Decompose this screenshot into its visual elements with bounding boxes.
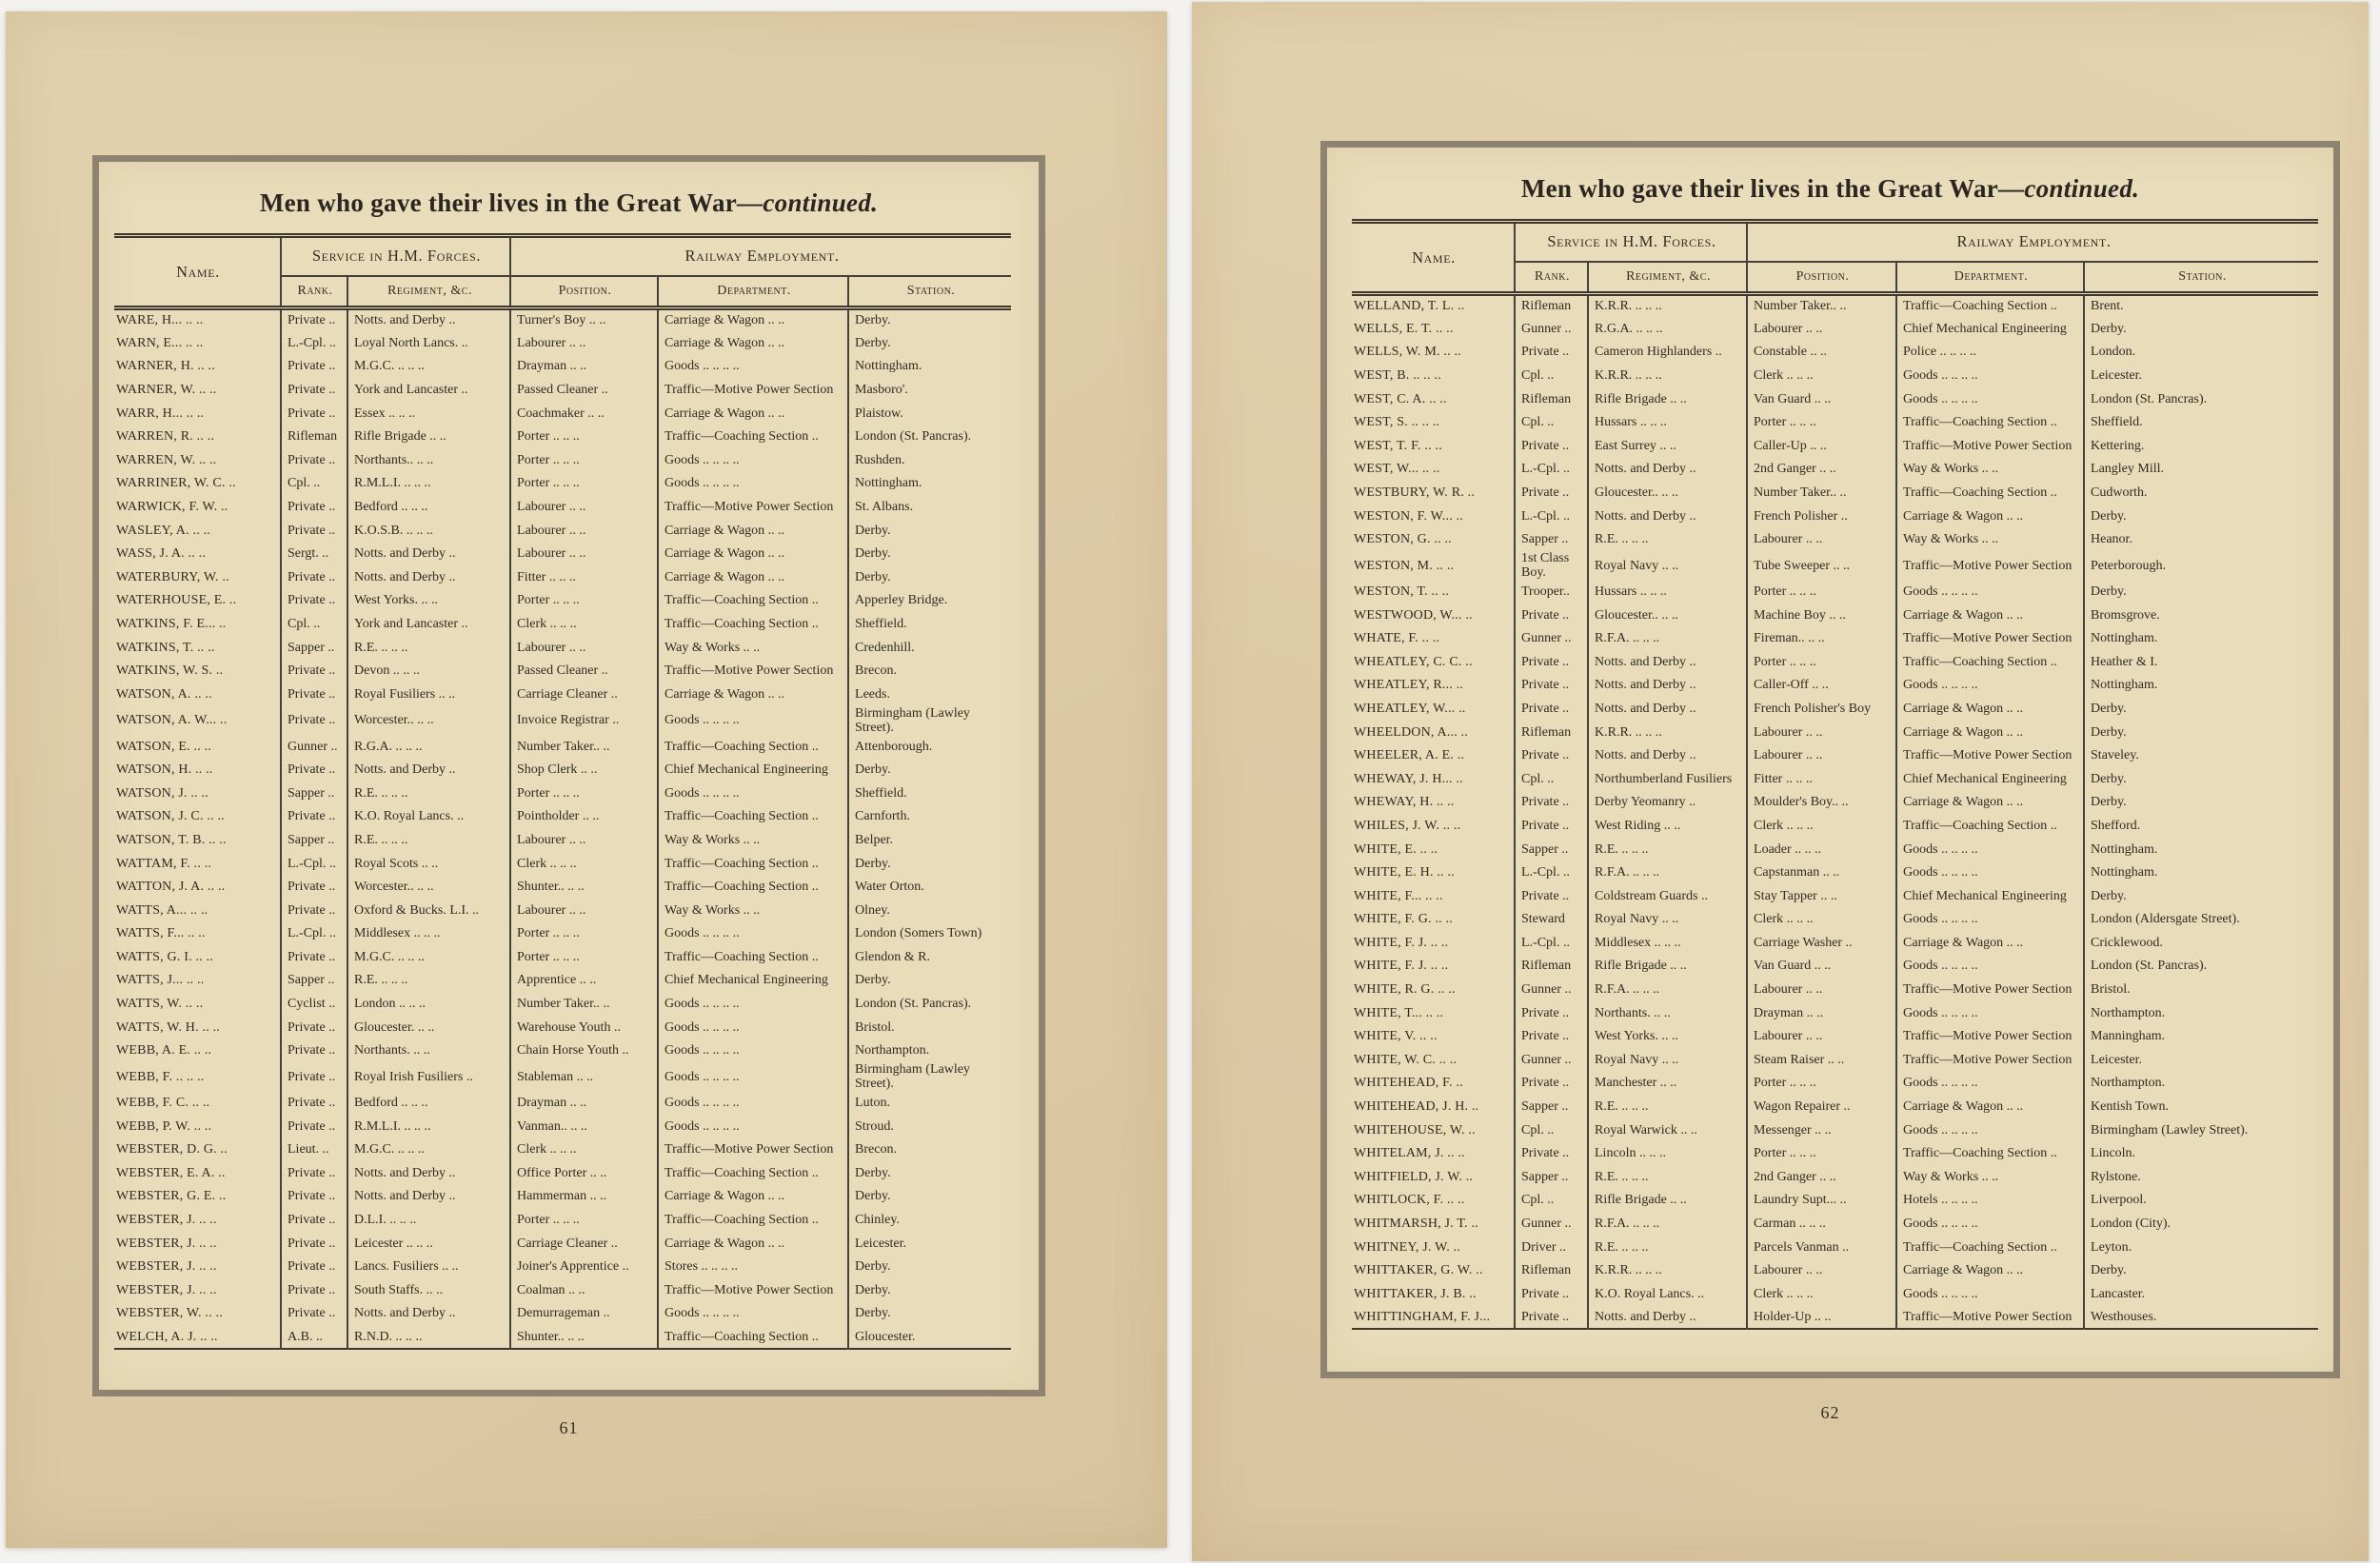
station-cell: Cricklewood. xyxy=(2084,931,2318,955)
regiment-cell: South Staffs. .. .. xyxy=(347,1278,510,1302)
regiment-cell: R.E. .. .. .. xyxy=(347,969,510,993)
table-row: WHITE, F. J. .. ..RiflemanRifle Brigade … xyxy=(1352,955,2318,979)
name-cell: WHEWAY, H. .. .. xyxy=(1352,791,1515,815)
regiment-cell: Rifle Brigade .. .. xyxy=(1588,1189,1747,1213)
page-title-text: Men who gave their lives in the Great Wa… xyxy=(260,188,737,217)
regiment-cell: West Yorks. .. .. xyxy=(1588,1025,1747,1049)
regiment-cell: Bedford .. .. .. xyxy=(347,1091,510,1115)
regiment-cell: Notts. and Derby .. xyxy=(347,565,510,589)
table-row: WHEELER, A. E. ..Private ..Notts. and De… xyxy=(1352,743,2318,767)
table-row: WEBSTER, G. E. ..Private ..Notts. and De… xyxy=(114,1185,1011,1209)
name-cell: WATERHOUSE, E. .. xyxy=(114,589,281,613)
station-cell: London (Somers Town) xyxy=(848,922,1011,946)
department-cell: Carriage & Wagon .. .. xyxy=(1896,931,2084,955)
position-cell: Clerk .. .. .. xyxy=(510,612,658,636)
column-header-station: Station. xyxy=(848,276,1011,308)
station-cell: Derby. xyxy=(848,308,1011,332)
position-cell: Porter .. .. .. xyxy=(510,1208,658,1232)
regiment-cell: York and Lancaster .. xyxy=(347,612,510,636)
table-row: WATSON, J. .. ..Sapper ..R.E. .. .. ..Po… xyxy=(114,781,1011,805)
regiment-cell: Royal Warwick .. .. xyxy=(1588,1118,1747,1142)
department-cell: Goods .. .. .. .. xyxy=(658,1115,848,1138)
position-cell: Carriage Washer .. xyxy=(1747,931,1896,955)
regiment-cell: R.G.A. .. .. .. xyxy=(1588,317,1747,341)
regiment-cell: K.O. Royal Lancs. .. xyxy=(347,805,510,829)
department-cell: Police .. .. .. .. xyxy=(1896,341,2084,365)
name-cell: WATSON, J. .. .. xyxy=(114,781,281,805)
station-cell: Derby. xyxy=(848,565,1011,589)
table-body: WELLAND, T. L. ..RiflemanK.R.R. .. .. ..… xyxy=(1352,294,2318,1330)
rank-cell: Sapper .. xyxy=(1515,838,1588,861)
position-cell: Caller-Up .. .. xyxy=(1747,434,1896,458)
department-cell: Traffic—Coaching Section .. xyxy=(658,852,848,876)
regiment-cell: Northants. .. .. xyxy=(347,1039,510,1063)
position-cell: Porter .. .. .. xyxy=(1747,1072,1896,1096)
name-cell: WATSON, H. .. .. xyxy=(114,758,281,781)
department-cell: Traffic—Coaching Section .. xyxy=(658,1161,848,1185)
regiment-cell: Royal Navy .. .. xyxy=(1588,1048,1747,1072)
regiment-cell: Gloucester.. .. .. xyxy=(1588,481,1747,505)
position-cell: Tube Sweeper .. .. xyxy=(1747,551,1896,580)
table-row: WATTS, A... .. ..Private ..Oxford & Buck… xyxy=(114,899,1011,922)
station-cell: Derby. xyxy=(848,1185,1011,1209)
position-cell: Labourer .. .. xyxy=(510,331,658,355)
department-cell: Hotels .. .. .. .. xyxy=(1896,1189,2084,1213)
position-cell: Number Taker.. .. xyxy=(510,735,658,759)
table-row: WHITE, R. G. .. ..Gunner ..R.F.A. .. .. … xyxy=(1352,978,2318,1001)
rank-cell: Cpl. .. xyxy=(281,612,347,636)
position-cell: Porter .. .. .. xyxy=(1747,580,1896,603)
station-cell: Belper. xyxy=(848,828,1011,852)
regiment-cell: K.O. Royal Lancs. .. xyxy=(1588,1282,1747,1306)
department-cell: Goods .. .. .. .. xyxy=(1896,1118,2084,1142)
position-cell: Clerk .. .. .. xyxy=(510,852,658,876)
table-row: WESTON, F. W... ..L.-Cpl. ..Notts. and D… xyxy=(1352,505,2318,528)
book-page-right: Men who gave their lives in the Great Wa… xyxy=(1192,2,2369,1561)
position-cell: Parcels Vanman .. xyxy=(1747,1236,1896,1259)
table-row: WHITEHEAD, J. H. ..Sapper ..R.E. .. .. .… xyxy=(1352,1095,2318,1118)
station-cell: Lancaster. xyxy=(2084,1282,2318,1306)
station-cell: Nottingham. xyxy=(2084,626,2318,650)
regiment-cell: Loyal North Lancs. .. xyxy=(347,331,510,355)
position-cell: Labourer .. .. xyxy=(510,542,658,565)
regiment-cell: K.R.R. .. .. .. xyxy=(1588,364,1747,387)
department-cell: Way & Works .. .. xyxy=(658,899,848,922)
station-cell: Sheffield. xyxy=(848,612,1011,636)
regiment-cell: R.E. .. .. .. xyxy=(1588,838,1747,861)
department-cell: Goods .. .. .. .. xyxy=(658,1062,848,1091)
table-row: WASLEY, A. .. ..Private ..K.O.S.B. .. ..… xyxy=(114,519,1011,543)
table-row: WATKINS, F. E... ..Cpl. ..York and Lanca… xyxy=(114,612,1011,636)
column-header-position: Position. xyxy=(1747,262,1896,294)
station-cell: London (Aldersgate Street). xyxy=(2084,908,2318,932)
name-cell: WEBB, P. W. .. .. xyxy=(114,1115,281,1138)
station-cell: Leicester. xyxy=(2084,1048,2318,1072)
rank-cell: L.-Cpl. .. xyxy=(1515,505,1588,528)
station-cell: Derby. xyxy=(2084,884,2318,908)
name-cell: WHITEHEAD, J. H. .. xyxy=(1352,1095,1515,1118)
department-cell: Traffic—Motive Power Section xyxy=(1896,743,2084,767)
table-row: WHITE, E. .. ..Sapper ..R.E. .. .. ..Loa… xyxy=(1352,838,2318,861)
position-cell: Labourer .. .. xyxy=(1747,743,1896,767)
rank-cell: L.-Cpl. .. xyxy=(1515,861,1588,884)
regiment-cell: Hussars .. .. .. xyxy=(1588,410,1747,434)
name-cell: WHITFIELD, J. W. .. xyxy=(1352,1165,1515,1189)
regiment-cell: Notts. and Derby .. xyxy=(1588,458,1747,482)
name-cell: WELCH, A. J. .. .. xyxy=(114,1325,281,1349)
department-cell: Traffic—Motive Power Section xyxy=(658,495,848,519)
table-row: WHITLOCK, F. .. ..Cpl. ..Rifle Brigade .… xyxy=(1352,1189,2318,1213)
department-cell: Traffic—Motive Power Section xyxy=(1896,626,2084,650)
department-cell: Traffic—Coaching Section .. xyxy=(1896,294,2084,318)
rank-cell: L.-Cpl. .. xyxy=(281,852,347,876)
name-cell: WEBB, F. .. .. .. xyxy=(114,1062,281,1091)
regiment-cell: Notts. and Derby .. xyxy=(347,1161,510,1185)
department-cell: Goods .. .. .. .. xyxy=(1896,580,2084,603)
name-cell: WESTON, M. .. .. xyxy=(1352,551,1515,580)
name-cell: WHITE, F. G. .. .. xyxy=(1352,908,1515,932)
department-cell: Goods .. .. .. .. xyxy=(1896,1001,2084,1025)
regiment-cell: R.E. .. .. .. xyxy=(347,636,510,660)
station-cell: Liverpool. xyxy=(2084,1189,2318,1213)
rank-cell: Gunner .. xyxy=(1515,978,1588,1001)
station-cell: Glendon & R. xyxy=(848,945,1011,969)
position-cell: Laundry Supt... .. xyxy=(1747,1189,1896,1213)
department-cell: Goods .. .. .. .. xyxy=(1896,364,2084,387)
name-cell: WARN, E... .. .. xyxy=(114,331,281,355)
table-row: WHITE, W. C. .. ..Gunner ..Royal Navy ..… xyxy=(1352,1048,2318,1072)
table-row: WEST, C. A. .. ..RiflemanRifle Brigade .… xyxy=(1352,387,2318,411)
station-cell: Brent. xyxy=(2084,294,2318,318)
station-cell: Stroud. xyxy=(848,1115,1011,1138)
name-cell: WELLS, W. M. .. .. xyxy=(1352,341,1515,365)
regiment-cell: Derby Yeomanry .. xyxy=(1588,791,1747,815)
page-title: Men who gave their lives in the Great Wa… xyxy=(1327,174,2333,204)
position-cell: Fitter .. .. .. xyxy=(1747,767,1896,791)
table-row: WELCH, A. J. .. ..A.B. ..R.N.D. .. .. ..… xyxy=(114,1325,1011,1349)
rank-cell: Gunner .. xyxy=(1515,626,1588,650)
regiment-cell: Worcester.. .. .. xyxy=(347,706,510,735)
station-cell: Manningham. xyxy=(2084,1025,2318,1049)
table-row: WEBSTER, W. .. ..Private ..Notts. and De… xyxy=(114,1302,1011,1326)
rank-cell: Private .. xyxy=(1515,650,1588,674)
rank-cell: Private .. xyxy=(281,1039,347,1063)
department-cell: Carriage & Wagon .. .. xyxy=(658,402,848,425)
rank-cell: Sapper .. xyxy=(281,969,347,993)
regiment-cell: Royal Navy .. .. xyxy=(1588,551,1747,580)
column-header-regiment: Regiment, &c. xyxy=(1588,262,1747,294)
regiment-cell: Rifle Brigade .. .. xyxy=(347,425,510,448)
name-cell: WHITE, W. C. .. .. xyxy=(1352,1048,1515,1072)
table-row: WHILES, J. W. .. ..Private ..West Riding… xyxy=(1352,814,2318,838)
rank-cell: Cpl. .. xyxy=(1515,1118,1588,1142)
station-cell: Kettering. xyxy=(2084,434,2318,458)
name-cell: WARE, H... .. .. xyxy=(114,308,281,332)
rank-cell: Sapper .. xyxy=(281,781,347,805)
department-cell: Goods .. .. .. .. xyxy=(1896,955,2084,979)
rank-cell: Sapper .. xyxy=(1515,1095,1588,1118)
table-row: WEST, T. F. .. ..Private ..East Surrey .… xyxy=(1352,434,2318,458)
table-row: WEBSTER, D. G. ..Lieut. ..M.G.C. .. .. .… xyxy=(114,1138,1011,1162)
department-cell: Traffic—Coaching Section .. xyxy=(658,589,848,613)
table-row: WATSON, A. W... ..Private ..Worcester.. … xyxy=(114,706,1011,735)
position-cell: Labourer .. .. xyxy=(510,519,658,543)
regiment-cell: K.R.R. .. .. .. xyxy=(1588,294,1747,318)
station-cell: Peterborough. xyxy=(2084,551,2318,580)
department-cell: Traffic—Coaching Section .. xyxy=(1896,481,2084,505)
rank-cell: Rifleman xyxy=(1515,721,1588,744)
table-row: WESTBURY, W. R. ..Private ..Gloucester..… xyxy=(1352,481,2318,505)
station-cell: Bristol. xyxy=(2084,978,2318,1001)
name-cell: WARREN, W. .. .. xyxy=(114,448,281,472)
name-cell: WATTON, J. A. .. .. xyxy=(114,875,281,899)
position-cell: Clerk .. .. .. xyxy=(1747,814,1896,838)
rank-cell: Private .. xyxy=(1515,791,1588,815)
regiment-cell: K.R.R. .. .. .. xyxy=(1588,1258,1747,1282)
table-row: WARNER, W. .. ..Private ..York and Lanca… xyxy=(114,378,1011,402)
rank-cell: Private .. xyxy=(1515,674,1588,698)
name-cell: WATKINS, F. E... .. xyxy=(114,612,281,636)
rank-cell: Lieut. .. xyxy=(281,1138,347,1162)
rank-cell: Driver .. xyxy=(1515,1236,1588,1259)
table-row: WATERHOUSE, E. ..Private ..West Yorks. .… xyxy=(114,589,1011,613)
department-cell: Carriage & Wagon .. .. xyxy=(658,1232,848,1256)
regiment-cell: Notts. and Derby .. xyxy=(1588,1306,1747,1330)
table-row: WELLS, W. M. .. ..Private ..Cameron High… xyxy=(1352,341,2318,365)
table-row: WHITEHEAD, F. ..Private ..Manchester .. … xyxy=(1352,1072,2318,1096)
name-cell: WASS, J. A. .. .. xyxy=(114,542,281,565)
rank-cell: 1st Class Boy. xyxy=(1515,551,1588,580)
table-row: WHITELAM, J. .. ..Private ..Lincoln .. .… xyxy=(1352,1142,2318,1166)
table-row: WATTS, W. H. .. ..Private ..Gloucester. … xyxy=(114,1016,1011,1039)
station-cell: Water Orton. xyxy=(848,875,1011,899)
department-cell: Goods .. .. .. .. xyxy=(658,1302,848,1326)
position-cell: Carriage Cleaner .. xyxy=(510,1232,658,1256)
station-cell: Bristol. xyxy=(848,1016,1011,1039)
regiment-cell: R.E. .. .. .. xyxy=(1588,527,1747,551)
rank-cell: Private .. xyxy=(281,805,347,829)
rank-cell: Gunner .. xyxy=(1515,1048,1588,1072)
department-cell: Carriage & Wagon .. .. xyxy=(1896,697,2084,721)
station-cell: Attenborough. xyxy=(848,735,1011,759)
table-row: WHITFIELD, J. W. ..Sapper ..R.E. .. .. .… xyxy=(1352,1165,2318,1189)
rank-cell: Cpl. .. xyxy=(1515,410,1588,434)
department-cell: Goods .. .. .. .. xyxy=(1896,1212,2084,1236)
name-cell: WATTS, W. .. .. xyxy=(114,992,281,1016)
position-cell: Porter .. .. .. xyxy=(510,781,658,805)
table-header: Name. Service in H.M. Forces. Railway Em… xyxy=(114,236,1011,308)
table-row: WEBSTER, J. .. ..Private ..South Staffs.… xyxy=(114,1278,1011,1302)
station-cell: St. Albans. xyxy=(848,495,1011,519)
regiment-cell: Rifle Brigade .. .. xyxy=(1588,387,1747,411)
name-cell: WARNER, H. .. .. xyxy=(114,355,281,379)
name-cell: WHITEHOUSE, W. .. xyxy=(1352,1118,1515,1142)
table-row: WATKINS, T. .. ..Sapper ..R.E. .. .. ..L… xyxy=(114,636,1011,660)
name-cell: WEBSTER, J. .. .. xyxy=(114,1208,281,1232)
rank-cell: Private .. xyxy=(281,758,347,781)
department-cell: Goods .. .. .. .. xyxy=(658,448,848,472)
name-cell: WEBSTER, W. .. .. xyxy=(114,1302,281,1326)
table-row: WARWICK, F. W. ..Private ..Bedford .. ..… xyxy=(114,495,1011,519)
column-header-name: Name. xyxy=(1352,222,1515,294)
position-cell: Porter .. .. .. xyxy=(510,448,658,472)
name-cell: WHITTAKER, J. B. .. xyxy=(1352,1282,1515,1306)
department-cell: Traffic—Motive Power Section xyxy=(658,1138,848,1162)
regiment-cell: Notts. and Derby .. xyxy=(347,758,510,781)
department-cell: Goods .. .. .. .. xyxy=(658,472,848,496)
table-row: WATTS, W. .. ..Cyclist ..London .. .. ..… xyxy=(114,992,1011,1016)
name-cell: WHITE, R. G. .. .. xyxy=(1352,978,1515,1001)
name-cell: WARRINER, W. C. .. xyxy=(114,472,281,496)
department-cell: Traffic—Coaching Section .. xyxy=(658,612,848,636)
name-cell: WATSON, A. W... .. xyxy=(114,706,281,735)
position-cell: Office Porter .. .. xyxy=(510,1161,658,1185)
position-cell: Hammerman .. .. xyxy=(510,1185,658,1209)
page-frame: Men who gave their lives in the Great Wa… xyxy=(92,155,1045,1396)
regiment-cell: Royal Scots .. .. xyxy=(347,852,510,876)
station-cell: Derby. xyxy=(848,1161,1011,1185)
name-cell: WHITTINGHAM, F. J... xyxy=(1352,1306,1515,1330)
rank-cell: Private .. xyxy=(281,706,347,735)
rank-cell: Cpl. .. xyxy=(1515,767,1588,791)
table-row: WESTON, M. .. ..1st Class Boy.Royal Navy… xyxy=(1352,551,2318,580)
table-row: WATSON, T. B. .. ..Sapper ..R.E. .. .. .… xyxy=(114,828,1011,852)
rank-cell: Sapper .. xyxy=(281,828,347,852)
station-cell: Rylstone. xyxy=(2084,1165,2318,1189)
regiment-cell: K.R.R. .. .. .. xyxy=(1588,721,1747,744)
name-cell: WATKINS, T. .. .. xyxy=(114,636,281,660)
rank-cell: Private .. xyxy=(1515,814,1588,838)
name-cell: WASLEY, A. .. .. xyxy=(114,519,281,543)
rank-cell: L.-Cpl. .. xyxy=(1515,931,1588,955)
regiment-cell: Rifle Brigade .. .. xyxy=(1588,955,1747,979)
name-cell: WHEELDON, A... .. xyxy=(1352,721,1515,744)
table-row: WARR, H... .. ..Private ..Essex .. .. ..… xyxy=(114,402,1011,425)
department-cell: Traffic—Motive Power Section xyxy=(1896,1306,2084,1330)
regiment-cell: K.O.S.B. .. .. .. xyxy=(347,519,510,543)
name-cell: WHITLOCK, F. .. .. xyxy=(1352,1189,1515,1213)
column-header-service: Service in H.M. Forces. xyxy=(281,236,510,276)
table-row: WARN, E... .. ..L.-Cpl. ..Loyal North La… xyxy=(114,331,1011,355)
regiment-cell: Notts. and Derby .. xyxy=(347,308,510,332)
position-cell: Labourer .. .. xyxy=(1747,721,1896,744)
rank-cell: Private .. xyxy=(281,1278,347,1302)
regiment-cell: West Riding .. .. xyxy=(1588,814,1747,838)
station-cell: Derby. xyxy=(2084,580,2318,603)
station-cell: Derby. xyxy=(848,1278,1011,1302)
department-cell: Traffic—Coaching Section .. xyxy=(1896,650,2084,674)
station-cell: Leyton. xyxy=(2084,1236,2318,1259)
rank-cell: Rifleman xyxy=(1515,955,1588,979)
position-cell: Labourer .. .. xyxy=(510,899,658,922)
table-row: WEBB, A. E. .. ..Private ..Northants. ..… xyxy=(114,1039,1011,1063)
station-cell: Leeds. xyxy=(848,683,1011,706)
position-cell: Porter .. .. .. xyxy=(510,589,658,613)
rank-cell: Private .. xyxy=(1515,1072,1588,1096)
regiment-cell: Northumberland Fusiliers xyxy=(1588,767,1747,791)
department-cell: Goods .. .. .. .. xyxy=(658,781,848,805)
name-cell: WEBSTER, E. A. .. xyxy=(114,1161,281,1185)
rank-cell: A.B. .. xyxy=(281,1325,347,1349)
regiment-cell: Bedford .. .. .. xyxy=(347,495,510,519)
station-cell: Birmingham (Lawley Street). xyxy=(848,1062,1011,1091)
department-cell: Traffic—Motive Power Section xyxy=(658,378,848,402)
name-cell: WEST, B. .. .. .. xyxy=(1352,364,1515,387)
station-cell: Derby. xyxy=(2084,317,2318,341)
name-cell: WEBSTER, D. G. .. xyxy=(114,1138,281,1162)
position-cell: Vanman.. .. .. xyxy=(510,1115,658,1138)
regiment-cell: Royal Irish Fusiliers .. xyxy=(347,1062,510,1091)
name-cell: WEST, W... .. .. xyxy=(1352,458,1515,482)
table-row: WHATE, F. .. ..Gunner ..R.F.A. .. .. ..F… xyxy=(1352,626,2318,650)
table-row: WATTAM, F. .. ..L.-Cpl. ..Royal Scots ..… xyxy=(114,852,1011,876)
rank-cell: Private .. xyxy=(281,1016,347,1039)
rank-cell: Private .. xyxy=(1515,481,1588,505)
position-cell: Porter .. .. .. xyxy=(510,425,658,448)
position-cell: Van Guard .. .. xyxy=(1747,387,1896,411)
column-header-rank: Rank. xyxy=(281,276,347,308)
rank-cell: Private .. xyxy=(1515,1306,1588,1330)
department-cell: Chief Mechanical Engineering xyxy=(1896,884,2084,908)
department-cell: Carriage & Wagon .. .. xyxy=(658,519,848,543)
regiment-cell: R.E. .. .. .. xyxy=(347,828,510,852)
station-cell: Olney. xyxy=(848,899,1011,922)
rank-cell: Private .. xyxy=(281,659,347,683)
table-row: WEST, B. .. .. ..Cpl. ..K.R.R. .. .. ..C… xyxy=(1352,364,2318,387)
name-cell: WATTS, A... .. .. xyxy=(114,899,281,922)
department-cell: Traffic—Coaching Section .. xyxy=(658,735,848,759)
table-row: WATSON, H. .. ..Private ..Notts. and Der… xyxy=(114,758,1011,781)
table-row: WEBSTER, J. .. ..Private ..Leicester .. … xyxy=(114,1232,1011,1256)
regiment-cell: R.F.A. .. .. .. xyxy=(1588,978,1747,1001)
department-cell: Way & Works .. .. xyxy=(1896,527,2084,551)
roll-of-honour-table: Name. Service in H.M. Forces. Railway Em… xyxy=(114,233,1011,1350)
position-cell: Number Taker.. .. xyxy=(1747,294,1896,318)
regiment-cell: R.F.A. .. .. .. xyxy=(1588,861,1747,884)
name-cell: WHEATLEY, C. C. .. xyxy=(1352,650,1515,674)
station-cell: London (City). xyxy=(2084,1212,2318,1236)
table-row: WEBB, P. W. .. ..Private ..R.M.L.I. .. .… xyxy=(114,1115,1011,1138)
department-cell: Way & Works .. .. xyxy=(1896,458,2084,482)
name-cell: WHITE, E. .. .. xyxy=(1352,838,1515,861)
book-page-left: Men who gave their lives in the Great Wa… xyxy=(6,11,1167,1548)
regiment-cell: York and Lancaster .. xyxy=(347,378,510,402)
name-cell: WATSON, J. C. .. .. xyxy=(114,805,281,829)
regiment-cell: R.N.D. .. .. .. xyxy=(347,1325,510,1349)
department-cell: Traffic—Coaching Section .. xyxy=(1896,410,2084,434)
rank-cell: Private .. xyxy=(281,1115,347,1138)
name-cell: WATSON, T. B. .. .. xyxy=(114,828,281,852)
station-cell: London. xyxy=(2084,341,2318,365)
position-cell: Messenger .. .. xyxy=(1747,1118,1896,1142)
position-cell: Warehouse Youth .. xyxy=(510,1016,658,1039)
department-cell: Way & Works .. .. xyxy=(658,828,848,852)
table-row: WEBSTER, J. .. ..Private ..Lancs. Fusili… xyxy=(114,1256,1011,1279)
name-cell: WEBSTER, J. .. .. xyxy=(114,1256,281,1279)
rank-cell: Private .. xyxy=(281,945,347,969)
page-title: Men who gave their lives in the Great Wa… xyxy=(99,188,1039,218)
table-row: WESTWOOD, W... ..Private ..Gloucester.. … xyxy=(1352,603,2318,627)
position-cell: Capstanman .. .. xyxy=(1747,861,1896,884)
position-cell: Clerk .. .. .. xyxy=(510,1138,658,1162)
position-cell: Joiner's Apprentice .. xyxy=(510,1256,658,1279)
table-row: WEBB, F. C. .. ..Private ..Bedford .. ..… xyxy=(114,1091,1011,1115)
name-cell: WATKINS, W. S. .. xyxy=(114,659,281,683)
department-cell: Traffic—Coaching Section .. xyxy=(658,945,848,969)
book-spread-photo: { "title": "Men who gave their lives in … xyxy=(0,0,2380,1563)
column-header-department: Department. xyxy=(658,276,848,308)
table-row: WHITTAKER, G. W. ..RiflemanK.R.R. .. .. … xyxy=(1352,1258,2318,1282)
